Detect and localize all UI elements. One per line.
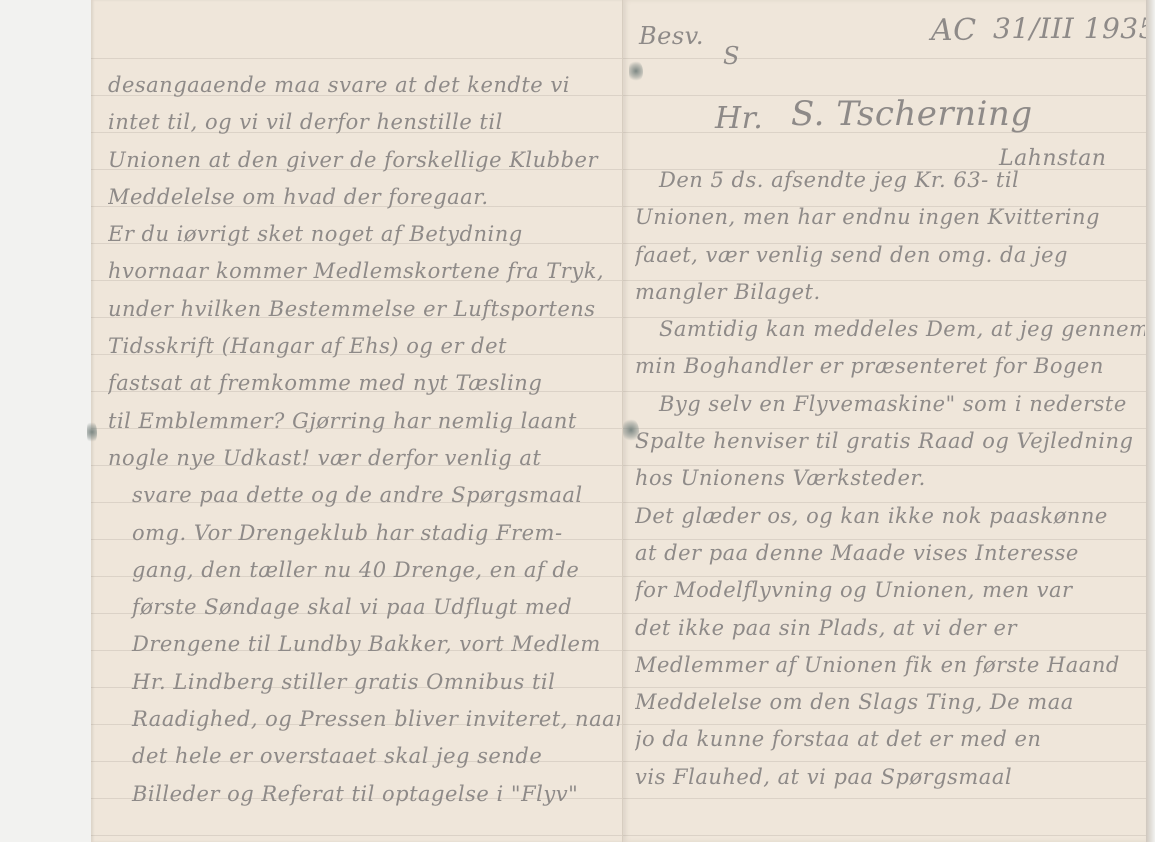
text-line: Den 5 ds. afsendte jeg Kr. 63- til	[635, 162, 1145, 199]
right-page-text: Den 5 ds. afsendte jeg Kr. 63- til Union…	[635, 162, 1145, 796]
text-line: omg. Vor Drengeklub har stadig Frem-	[108, 515, 620, 552]
text-line: Unionen at den giver de forskellige Klub…	[108, 142, 620, 179]
letter-place: AC	[931, 12, 977, 49]
ink-smudge	[87, 420, 97, 444]
text-line: mangler Bilaget.	[635, 274, 1145, 311]
text-line: gang, den tæller nu 40 Drenge, en af de	[108, 552, 620, 589]
text-line: Unionen, men har endnu ingen Kvittering	[635, 199, 1145, 236]
text-line: fastsat at fremkomme med nyt Tæsling	[108, 365, 620, 402]
text-line: Samtidig kan meddeles Dem, at jeg gennem	[635, 311, 1145, 348]
text-line: Hr. Lindberg stiller gratis Omnibus til	[108, 664, 620, 701]
ink-smudge	[623, 418, 639, 442]
text-line: Spalte henviser til gratis Raad og Vejle…	[635, 423, 1145, 460]
text-line: det ikke paa sin Plads, at vi der er	[635, 610, 1145, 647]
page-edge-shadow	[1146, 0, 1155, 842]
recipient-name: S. Tscherning	[791, 96, 1033, 133]
text-line: for Modelflyvning og Unionen, men var	[635, 572, 1145, 609]
text-line: Drengene til Lundby Bakker, vort Medlem	[108, 626, 620, 663]
text-line: Det glæder os, og kan ikke nok paaskønne	[635, 498, 1145, 535]
letter-date: 31/III 1935	[993, 10, 1155, 47]
text-line: Byg selv en Flyvemaskine" som i nederste	[635, 386, 1145, 423]
ink-smudge	[629, 60, 643, 82]
text-line: min Boghandler er præsenteret for Bogen	[635, 348, 1145, 385]
text-line: faaet, vær venlig send den omg. da jeg	[635, 237, 1145, 274]
text-line: nogle nye Udkast! vær derfor venlig at	[108, 440, 620, 477]
text-line: hos Unionens Værksteder.	[635, 460, 1145, 497]
text-line: Tidsskrift (Hangar af Ehs) og er det	[108, 328, 620, 365]
filing-note: Besv.	[639, 18, 704, 55]
text-line: jo da kunne forstaa at det er med en	[635, 721, 1145, 758]
text-line: Er du iøvrigt sket noget af Betydning	[108, 216, 620, 253]
filing-mark: S	[723, 38, 740, 75]
text-line: første Søndage skal vi paa Udflugt med	[108, 589, 620, 626]
text-line: Raadighed, og Pressen bliver inviteret, …	[108, 701, 620, 738]
left-page-text: desangaaende maa svare at det kendte vi …	[108, 67, 620, 813]
text-line: vis Flauhed, at vi paa Spørgsmaal	[635, 759, 1145, 796]
text-line: det hele er overstaaet skal jeg sende	[108, 738, 620, 775]
text-line: svare paa dette og de andre Spørgsmaal	[108, 477, 620, 514]
left-letter-page: desangaaende maa svare at det kendte vi …	[91, 0, 622, 842]
text-line: Meddelelse om den Slags Ting, De maa	[635, 684, 1145, 721]
text-line: at der paa denne Maade vises Interesse	[635, 535, 1145, 572]
text-line: til Emblemmer? Gjørring har nemlig laant	[108, 403, 620, 440]
right-letter-page: Besv. S AC 31/III 1935 Hr. S. Tscherning…	[622, 0, 1146, 842]
text-line: hvornaar kommer Medlemskortene fra Tryk,	[108, 253, 620, 290]
text-line: intet til, og vi vil derfor henstille ti…	[108, 104, 620, 141]
text-line: under hvilken Bestemmelse er Luftsporten…	[108, 291, 620, 328]
text-line: Billeder og Referat til optagelse i "Fly…	[108, 776, 620, 813]
text-line: desangaaende maa svare at det kendte vi	[108, 67, 620, 104]
salutation: Hr.	[715, 100, 763, 137]
text-line: Medlemmer af Unionen fik en første Haand	[635, 647, 1145, 684]
text-line: Meddelelse om hvad der foregaar.	[108, 179, 620, 216]
